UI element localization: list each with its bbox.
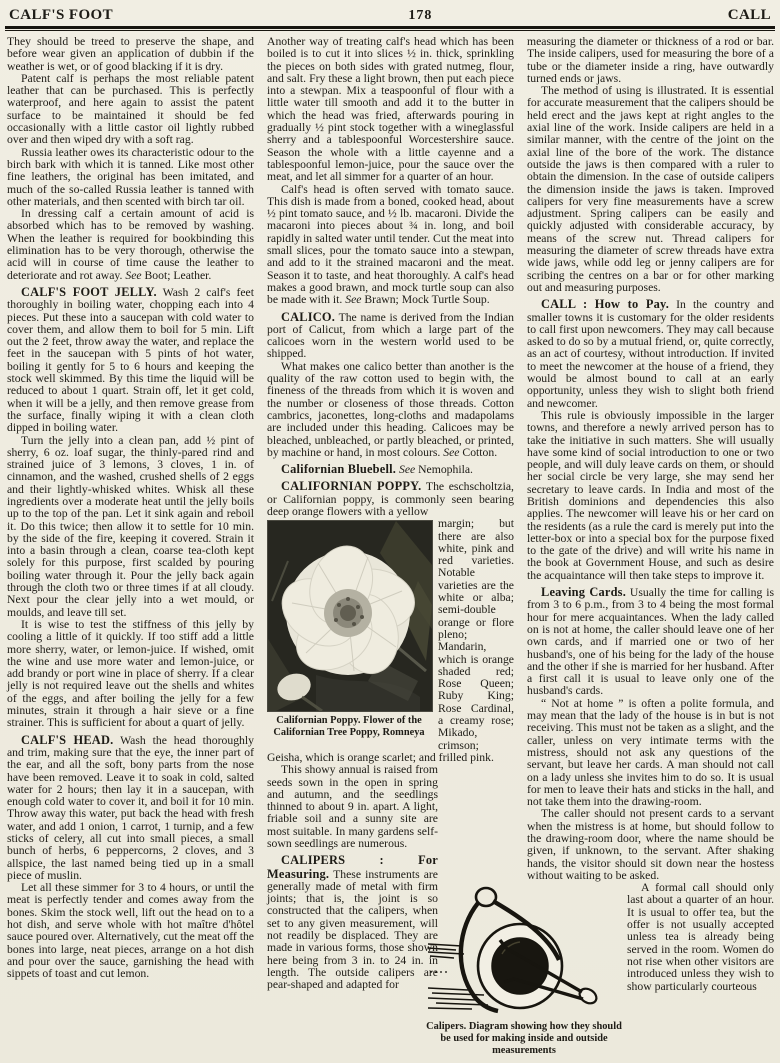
entry-head: CALIFORNIAN POPPY. — [281, 479, 421, 493]
poppy-figure: Californian Poppy. Flower of the Califor… — [267, 520, 431, 739]
entry-head: CALF'S HEAD. — [21, 733, 113, 747]
paragraph: In dressing calf a certain amount of aci… — [7, 208, 254, 282]
paragraph: Russia leather owes its characteristic o… — [7, 147, 254, 208]
paragraph: CALF'S HEAD. Wash the head thoroughly an… — [7, 734, 254, 883]
paragraph: They should be treed to preserve the sha… — [7, 36, 254, 73]
paragraph: The method of using is illustrated. It i… — [527, 85, 774, 294]
page-header: CALF'S FOOT 178 CALL — [0, 0, 780, 25]
entry-head: CALICO. — [281, 310, 335, 324]
paragraph: CALF'S FOOT JELLY. Wash 2 calf's feet th… — [7, 286, 254, 435]
paragraph: This showy annual is raised from seeds s… — [267, 764, 514, 850]
paragraph: What makes one calico better than anothe… — [267, 361, 514, 459]
calipers-caption: Calipers. Diagram showing how they shoul… — [426, 1021, 622, 1057]
paragraph: The caller should not present cards to a… — [527, 808, 774, 882]
entry-head: CALF'S FOOT JELLY. — [21, 285, 157, 299]
paragraph: “ Not at home ” is often a polite formul… — [527, 698, 774, 809]
header-right-title: CALL — [728, 7, 771, 24]
paragraph: Patent calf is perhaps the most reliable… — [7, 73, 254, 147]
paragraph: CALICO. The name is derived from the Ind… — [267, 311, 514, 361]
paragraph: measuring the diameter or thickness of a… — [527, 36, 774, 85]
paragraph: CALIFORNIAN POPPY. The eschscholtzia, or… — [267, 480, 514, 518]
paragraph: Another way of treating calf's head whic… — [267, 36, 514, 184]
paragraph: CALL : How to Pay. In the country and sm… — [527, 298, 774, 410]
paragraph: It is wise to test the stiffness of this… — [7, 619, 254, 730]
text-column-1: They should be treed to preserve the sha… — [7, 36, 254, 1041]
poppy-photo — [267, 520, 433, 712]
paragraph: Turn the jelly into a clean pan, add ½ p… — [7, 435, 254, 619]
paragraph: Leaving Cards. Usually the time for call… — [527, 586, 774, 698]
entry-head: CALL : How to Pay. — [541, 297, 669, 311]
paragraph: Californian Bluebell. See Nemophila. — [267, 463, 514, 476]
header-left-title: CALF'S FOOT — [9, 7, 113, 24]
entry-head: Californian Bluebell. — [281, 462, 396, 476]
text-columns: They should be treed to preserve the sha… — [0, 31, 780, 1041]
poppy-caption: Californian Poppy. Flower of the Califor… — [267, 715, 431, 739]
encyclopedia-page: CALF'S FOOT 178 CALL They should be tree… — [0, 0, 780, 1063]
paragraph: This rule is obviously impossible in the… — [527, 410, 774, 582]
poppy-wrap-block: Californian Poppy. Flower of the Califor… — [267, 518, 514, 764]
calipers-diagram — [428, 884, 620, 1018]
paragraph: Calf's head is often served with tomato … — [267, 184, 514, 307]
paragraph: Let all these simmer for 3 to 4 hours, o… — [7, 882, 254, 980]
page-number: 178 — [408, 8, 432, 24]
entry-head: Leaving Cards. — [541, 585, 626, 599]
calipers-figure: Calipers. Diagram showing how they shoul… — [426, 884, 622, 1057]
